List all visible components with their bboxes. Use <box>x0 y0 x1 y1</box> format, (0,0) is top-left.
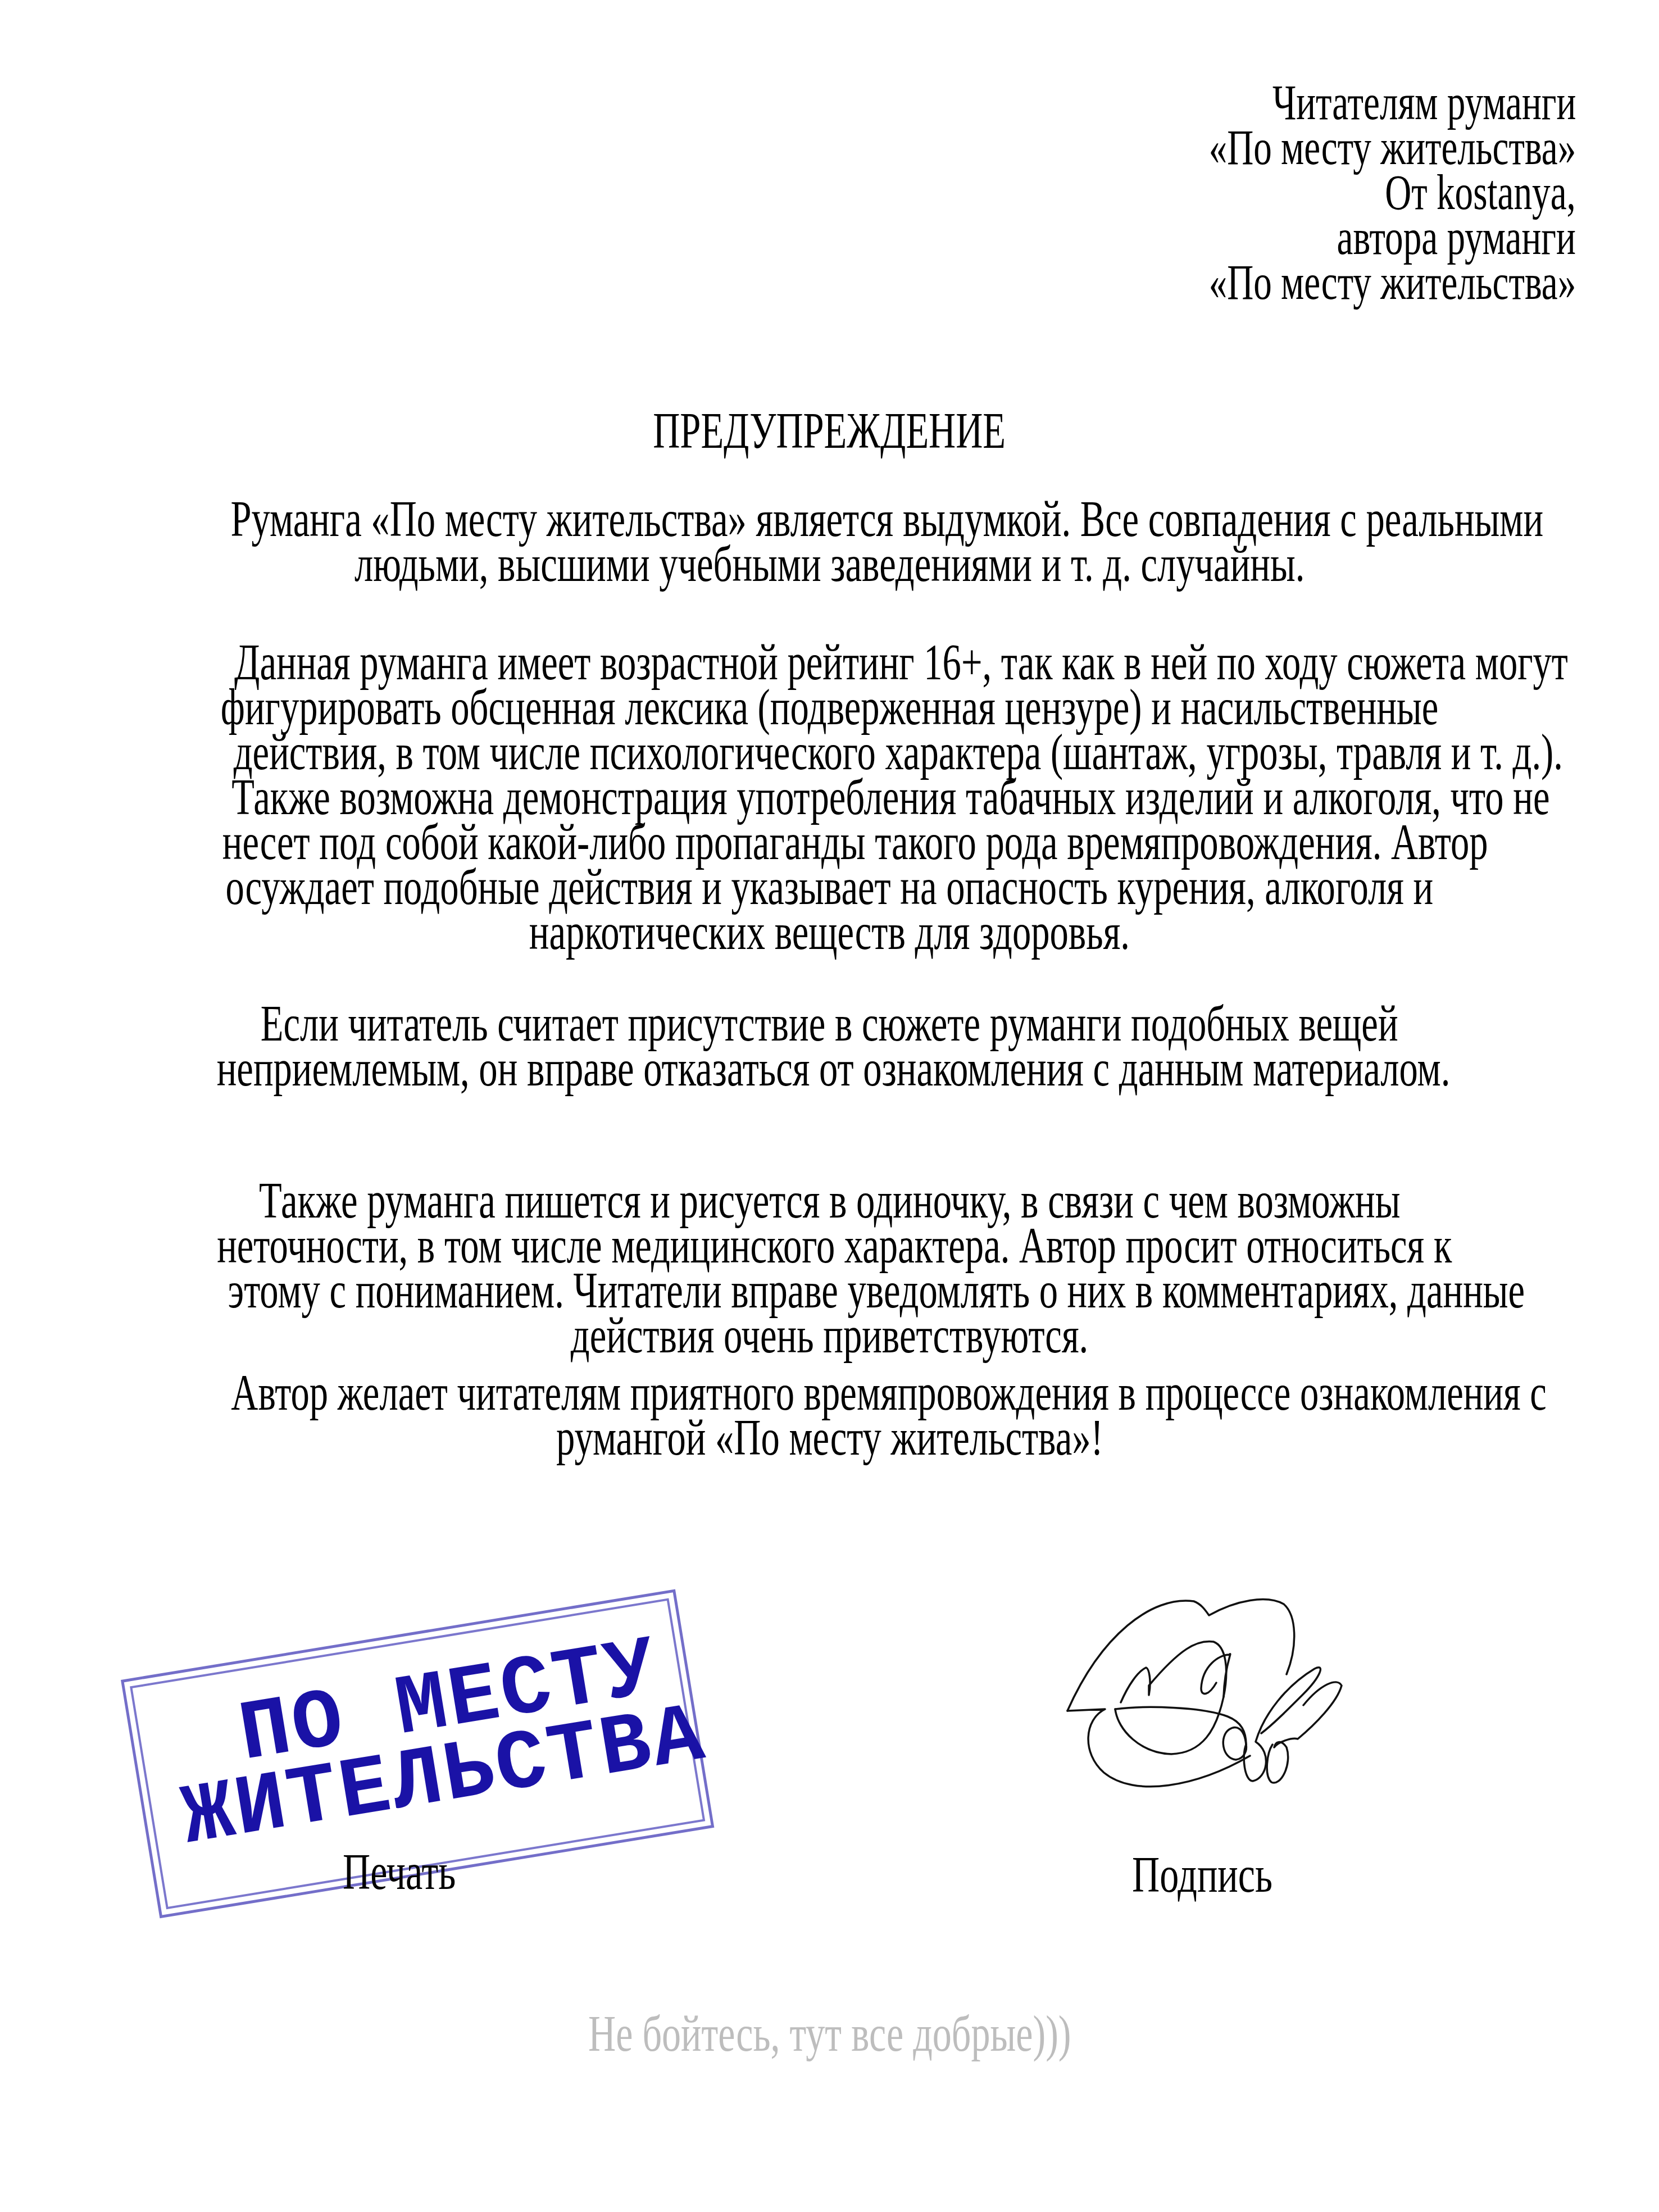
text-line: наркотических веществ для здоровья. <box>0 907 1659 958</box>
text-line: людьми, высшими учебными заведениями и т… <box>0 539 1659 590</box>
text-line: неприемлемым, он вправе отказаться от оз… <box>0 1044 1659 1094</box>
text-line: румангой «По месту жительства»! <box>0 1413 1659 1464</box>
text-line: действия очень приветствуются. <box>0 1311 1659 1361</box>
addressee-line: «По месту жительства» <box>789 258 1576 308</box>
footer-note: Не бойтесь, тут все добрые))) <box>0 2007 1659 2059</box>
signature-label: Подпись <box>1132 1848 1322 1900</box>
stamp-label: Печать <box>343 1846 496 1897</box>
page-title: ПРЕДУПРЕЖДЕНИЕ <box>0 406 1659 457</box>
signature-scribble <box>1051 1584 1444 1804</box>
